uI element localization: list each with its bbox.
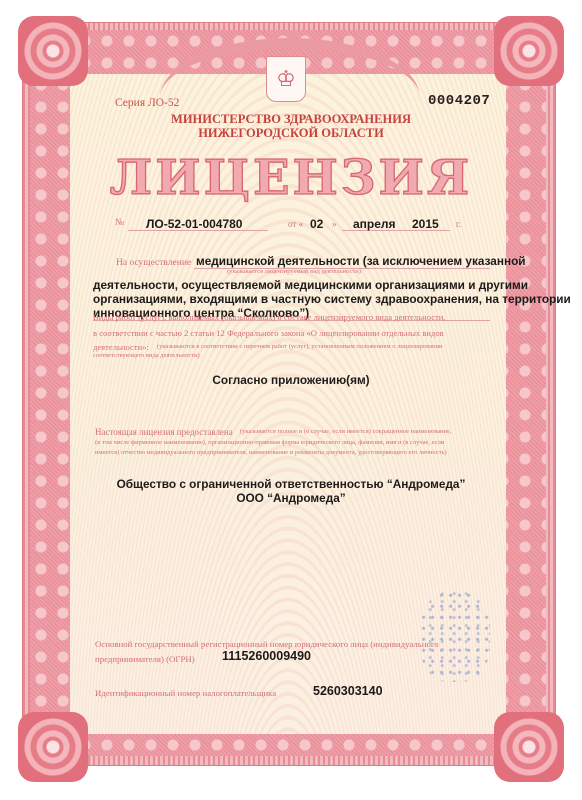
corner-rosette-icon	[494, 16, 564, 86]
date-month: апреля	[353, 217, 396, 231]
licensee-label: Настоящая лицензия предоставлена	[95, 425, 233, 439]
activity-label: На осуществление	[116, 256, 191, 270]
number-prefix: №	[115, 218, 124, 228]
works-text-line-1: Виды работ (услуг), выполняемых (оказыва…	[93, 310, 493, 324]
licensee-full-name: Общество с ограниченной ответственностью…	[84, 477, 498, 491]
license-sheet: ♔ Серия ЛО-52 0004207 МИНИСТЕРСТВО ЗДРАВ…	[0, 0, 582, 800]
series-label: Серия ЛО-52	[115, 97, 179, 109]
date-day: 02	[310, 217, 323, 231]
works-text-line-2: в соответствии с частью 2 статьи 12 Феде…	[93, 326, 493, 340]
ogrn-label-line-2: предпринимателя) (ОГРН)	[95, 652, 195, 666]
activity-value-line-3: организациями, входящими в частную систе…	[93, 292, 571, 306]
date-year: 2015	[412, 217, 439, 231]
inn-label: Идентификационный номер налогоплательщик…	[95, 686, 276, 700]
ogrn-value: 1115260009490	[222, 649, 311, 663]
issuer-line-2: НИЖЕГОРОДСКОЙ ОБЛАСТИ	[84, 126, 498, 140]
license-number: ЛО-52-01-004780	[146, 217, 242, 231]
corner-rosette-icon	[18, 16, 88, 86]
licensee-hint-line-1: (указывается полное и (в случае, если им…	[240, 428, 452, 435]
licensee-hint-line-2: (в том числе фирменное наименование), ор…	[95, 439, 444, 446]
licensee-short-name: ООО “Андромеда”	[84, 491, 498, 505]
works-hint-line-1: (указываются в соответствии с перечнем р…	[157, 343, 443, 350]
activity-value-line-1: медицинской деятельности (за исключением…	[196, 254, 526, 268]
activity-value-line-2: деятельности, осуществляемой медицинским…	[93, 278, 528, 292]
corner-rosette-icon	[494, 712, 564, 782]
date-suffix: г.	[456, 219, 461, 229]
corner-rosette-icon	[18, 712, 88, 782]
licensee-hint-line-3: имеется) отчество индивидуального предпр…	[95, 449, 447, 456]
issuer-line-1: МИНИСТЕРСТВО ЗДРАВООХРАНЕНИЯ	[84, 112, 498, 126]
date-prefix: от «	[288, 219, 303, 229]
activity-hint: (указывается лицензируемый вид деятельно…	[194, 268, 394, 275]
document-title: ЛИЦЕНЗИЯ	[84, 150, 498, 206]
blank-number: 0004207	[428, 93, 490, 109]
coat-of-arms-icon: ♔	[266, 56, 306, 102]
works-hint-line-2: соответствующего вида деятельности)	[93, 352, 200, 359]
date-separator: »	[332, 219, 337, 229]
inn-value: 5260303140	[313, 684, 383, 698]
works-value: Согласно приложению(ям)	[84, 373, 498, 387]
